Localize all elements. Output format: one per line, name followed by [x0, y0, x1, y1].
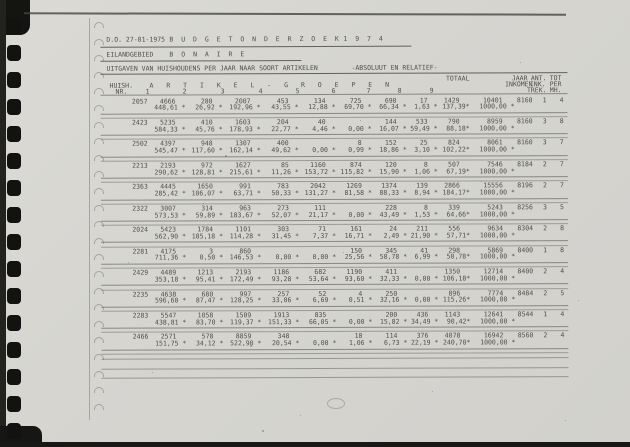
speckle — [565, 420, 566, 421]
document-subtitle-suffix: -ABSOLUUT EN RELATIEF- — [351, 65, 437, 72]
document-year: 1 9 7 4 — [343, 36, 384, 43]
speckle — [343, 252, 344, 253]
table-row: 2057466628020074531347256901714291040181… — [0, 0, 629, 1]
table-row: 228141753860150345412985869840018711,36 … — [0, 0, 629, 1]
region-value: B O N A I R E — [169, 51, 246, 58]
speckle — [360, 120, 361, 121]
row-rule — [101, 283, 568, 286]
document-subtitle: UITGAVEN VAN HUISHOUDENS PER JAAR NAAR S… — [106, 65, 317, 73]
row-rule — [101, 219, 568, 222]
table-row: 2024542317841101303711612421155696348304… — [0, 0, 629, 1]
cell-permille-total: 1000,00 * — [445, 275, 515, 282]
expenditure-table: TOTAALJAARANT.TOTHUISH.A R T I K E L - G… — [0, 0, 629, 1]
row-rule — [101, 155, 568, 158]
row-rule — [101, 176, 568, 179]
row-rule — [101, 326, 568, 329]
cell-permille-total: 1000,00 * — [445, 340, 515, 347]
table-row: 2429448912132193118668211904111350127148… — [0, 0, 629, 1]
row-rule — [101, 133, 568, 136]
cell-permille-total: 1000,00 * — [445, 189, 515, 196]
cell-permille-total: 1000,00 * — [445, 318, 515, 325]
speckle — [300, 415, 301, 416]
speckle — [520, 62, 521, 63]
document-title: B U D G E T O N D E R Z O E K — [169, 36, 341, 44]
empty-rule — [102, 376, 569, 379]
table-row: 223546386809972575242508967774848425596,… — [0, 0, 629, 1]
row-rule — [101, 348, 568, 351]
table-row: 2466257157888593481811437640781694285602… — [0, 0, 629, 1]
cell-permille-total: 1000,00 * — [445, 125, 515, 132]
row-rule — [101, 198, 568, 201]
row-rule — [101, 262, 568, 265]
table-row: 2502439794813074008152258248061816037545… — [0, 0, 629, 1]
table-row: 2322300731496327311122883395243825635573… — [0, 0, 629, 1]
speckle — [152, 372, 153, 373]
cell-permille-total: 1000,00 * — [445, 104, 515, 111]
cell-permille-total: 1000,00 * — [445, 211, 515, 218]
row-rule — [101, 305, 568, 308]
title-underline — [100, 46, 411, 48]
speckle — [432, 391, 433, 392]
header-rule — [101, 93, 568, 96]
table-row: 2213219397216278511608741208507754681842… — [0, 0, 629, 1]
cell-permille-total: 1000,00 * — [445, 232, 515, 239]
row-rule — [101, 352, 568, 355]
cell-permille-total: 1000,00 * — [445, 254, 515, 261]
empty-rule — [101, 357, 568, 360]
empty-rule — [102, 367, 569, 370]
speckle — [262, 430, 264, 432]
scanned-page: D.O. 27-01-1975 B U D G E T O N D E R Z … — [0, 0, 630, 447]
cell-permille-total: 1000,00 * — [445, 146, 515, 153]
speckle — [578, 300, 579, 301]
row-rule — [101, 112, 568, 115]
table-row: 2363444516509917832042126913741392866155… — [0, 0, 629, 1]
speckle — [481, 181, 482, 182]
speckle — [250, 345, 252, 347]
document-date: D.O. 27-01-1975 — [106, 37, 165, 44]
region-underline — [100, 60, 301, 62]
document-content: D.O. 27-01-1975 B U D G E T O N D E R Z … — [0, 0, 630, 447]
speckle — [225, 155, 227, 157]
speckle — [128, 262, 129, 263]
row-rule — [101, 241, 568, 244]
cell-permille-total: 1000,00 * — [445, 297, 515, 304]
region-label: EILANDGEBIED — [106, 52, 153, 59]
table-row: 2283554710581509191383520043611431264185… — [0, 0, 629, 1]
table-row: 2423523541016032044014453379089598160385… — [0, 0, 629, 1]
cell-permille-total: 1000,00 * — [445, 168, 515, 175]
speckle — [203, 203, 204, 204]
